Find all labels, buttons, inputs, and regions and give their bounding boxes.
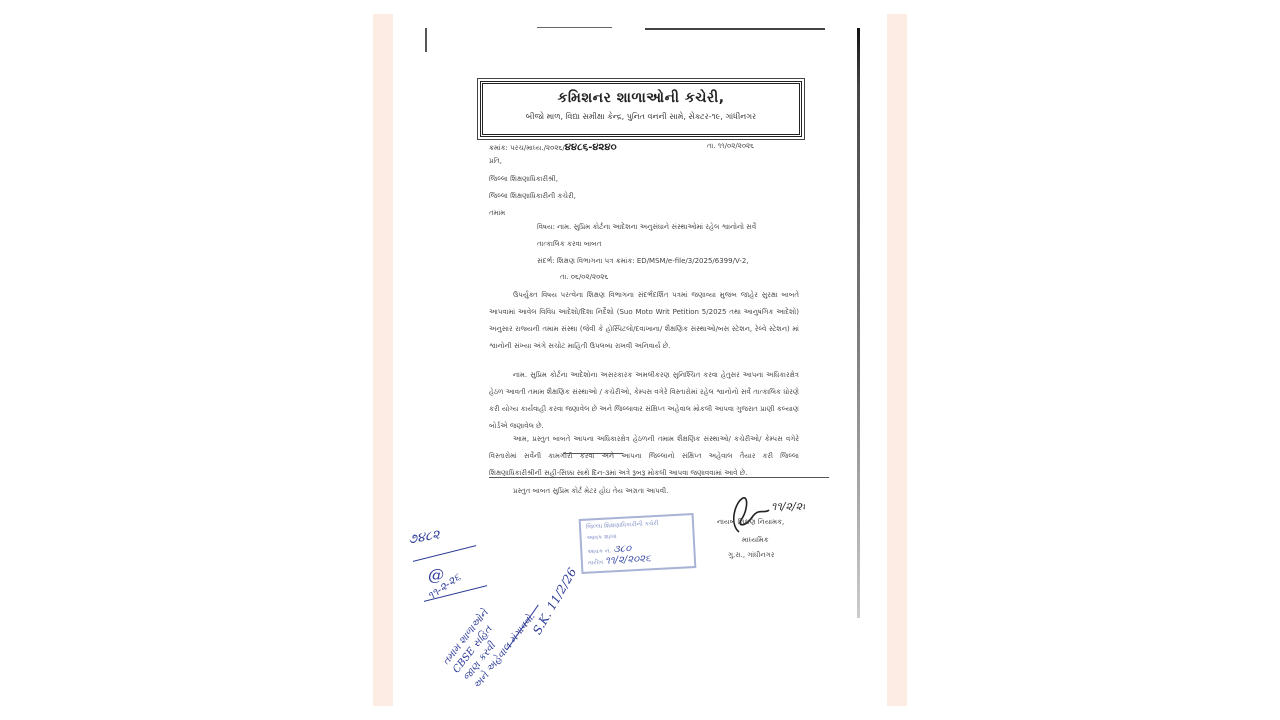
letterhead: કમિશનર શાળાઓની કચેરી, બીજો માળ, વિદ્યા સ…	[480, 81, 802, 137]
reference-date: તા. ૦૬/૦૨/૨૦૨૬	[560, 273, 608, 282]
body-paragraph: નામ. સુપ્રિમ કોર્ટના આદેશોના અસરકારક અમલ…	[489, 367, 799, 435]
office-title: કમિશનર શાળાઓની કચેરી,	[483, 90, 799, 106]
to-label: પ્રતિ,	[489, 157, 502, 166]
recipient-line: જિલ્લા શિક્ષણાધિકારીશ્રી,	[489, 175, 558, 184]
page-edge-mark	[425, 28, 427, 52]
page-edge-mark	[537, 27, 612, 28]
inward-stamp: જિલ્લા શિક્ષણાધિકારીની કચેરી આવક શાખા આવ…	[579, 513, 697, 574]
letter-date: તા. ૧૧/૦૨/૨૦૨૬	[707, 142, 754, 151]
reference-line: સંદર્ભ: શિક્ષણ વિભાગના પત્ર ક્રમાંક: ED/…	[537, 257, 749, 266]
hand-underline	[563, 453, 623, 454]
page-edge-mark	[645, 28, 825, 30]
stamp-date-value: ૧૧/૨/૨૦૨૬	[605, 553, 651, 566]
body-paragraph: આમ, પ્રસ્તુત બાબતે આપના અધિકારક્ષેત્ર હે…	[489, 431, 799, 482]
stamp-inward-label: આવક નં.	[587, 547, 611, 555]
hand-underline	[489, 477, 829, 478]
body-paragraph: ઉપર્યુક્ત વિષય પરત્વેના શિક્ષણ વિભાગના સ…	[489, 287, 799, 355]
subject-line: તાત્કાલિક કરવા બાબત	[537, 240, 601, 249]
recipient-line: જિલ્લા શિક્ષણાધિકારીની કચેરી,	[489, 192, 576, 201]
recipient-line: તમામ	[489, 209, 505, 218]
reference-prefix: ક્રમાંક: પરચ/માધ્ય./૨૦૨૬/	[489, 144, 565, 152]
reference-handwritten: ૪૪૮૬-૪૨૪૦	[565, 142, 617, 153]
subject-line: વિષય: નામ. સુપ્રિમ કોર્ટના આદેશના અનુસંધ…	[537, 223, 756, 232]
page-edge-shadow	[857, 28, 860, 618]
signature-icon: ૧૧/૨/૨૬	[725, 494, 805, 534]
svg-text:૧૧/૨/૨૬: ૧૧/૨/૨૬	[771, 500, 805, 513]
signatory-title: નાયબ શિક્ષણ નિયામક,	[717, 518, 784, 527]
signatory-place: ગુ.રા., ગાંધીનગર	[728, 551, 774, 560]
signatory-department: માધ્યમિક	[742, 536, 769, 545]
stamp-date-label: તારીખ	[588, 559, 604, 567]
reference-number: ક્રમાંક: પરચ/માધ્ય./૨૦૨૬/૪૪૮૬-૪૨૪૦	[489, 142, 617, 153]
office-address: બીજો માળ, વિદ્યા સમીક્ષા કેન્દ્ર, પુનિત …	[483, 112, 799, 122]
